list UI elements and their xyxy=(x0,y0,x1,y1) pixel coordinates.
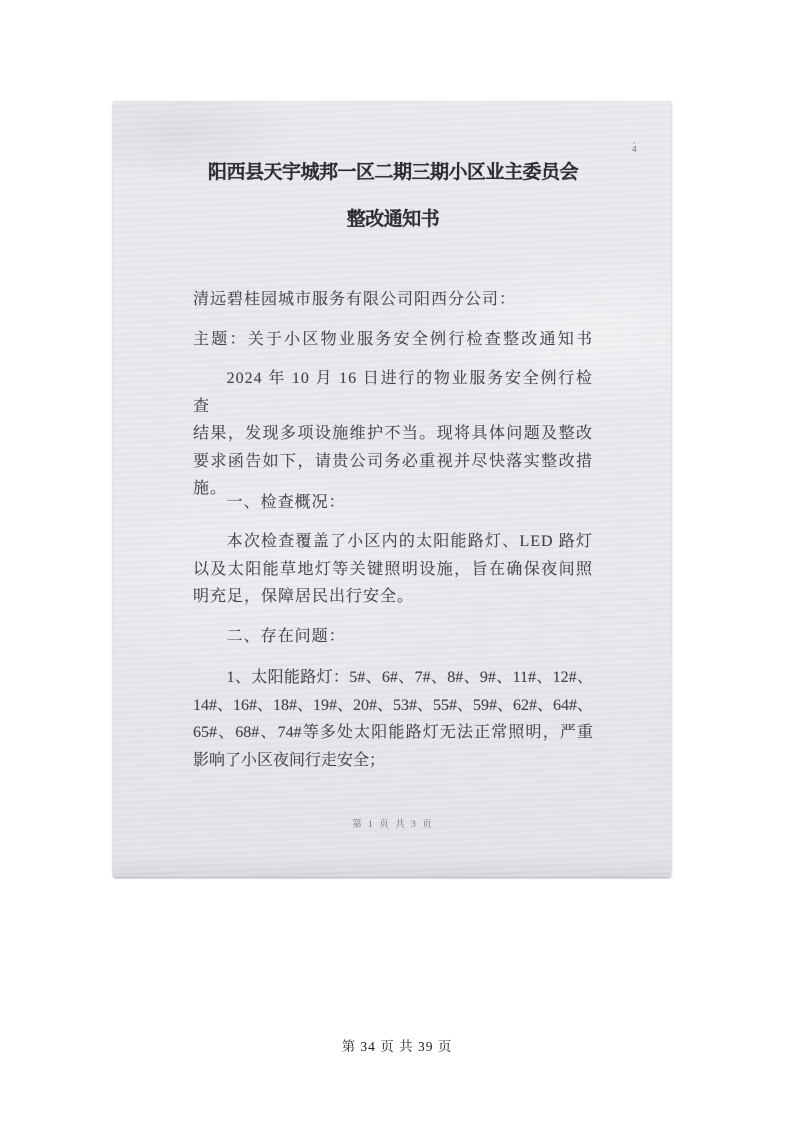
paragraph-overview: 本次检查覆盖了小区内的太阳能路灯、LED 路灯 以及太阳能草地灯等关键照明设施，… xyxy=(193,528,593,611)
scanned-document-page: · 4 阳西县天宇城邦一区二期三期小区业主委员会 整改通知书 清远碧桂园城市服务… xyxy=(113,102,671,877)
salutation-line: 清远碧桂园城市服务有限公司阳西分公司： xyxy=(193,286,593,314)
text-line: 1、太阳能路灯：5#、6#、7#、8#、9#、11#、12#、 xyxy=(193,664,593,692)
section-heading-1: 一、检查概况： xyxy=(193,489,593,517)
text-line: 2024 年 10 月 16 日进行的物业服务安全例行检查 xyxy=(193,365,593,420)
text-line: 以及太阳能草地灯等关键照明设施，旨在确保夜间照 xyxy=(193,556,593,584)
scan-content: · 4 阳西县天宇城邦一区二期三期小区业主委员会 整改通知书 清远碧桂园城市服务… xyxy=(113,102,671,877)
text-line: 要求函告如下，请贵公司务必重视并尽快落实整改措 xyxy=(193,448,593,476)
viewer-page-number: 第 34 页 共 39 页 xyxy=(0,1035,794,1055)
text-line: 结果，发现多项设施维护不当。现将具体问题及整改 xyxy=(193,420,593,448)
paragraph-issue-1: 1、太阳能路灯：5#、6#、7#、8#、9#、11#、12#、 14#、16#、… xyxy=(193,664,593,774)
document-title-line1: 阳西县天宇城邦一区二期三期小区业主委员会 xyxy=(193,159,593,187)
text-line: 影响了小区夜间行走安全； xyxy=(193,747,593,775)
document-title-line2: 整改通知书 xyxy=(193,206,593,234)
scan-page-number: 第 1 页 共 3 页 xyxy=(193,816,593,830)
pen-mark: · 4 xyxy=(632,140,637,152)
text-line: 本次检查覆盖了小区内的太阳能路灯、LED 路灯 xyxy=(193,528,593,556)
section-heading-2: 二、存在问题： xyxy=(193,623,593,651)
text-line: 14#、16#、18#、19#、20#、53#、55#、59#、62#、64#、 xyxy=(193,692,593,720)
text-line: 65#、68#、74#等多处太阳能路灯无法正常照明，严重 xyxy=(193,719,593,747)
paragraph-intro: 2024 年 10 月 16 日进行的物业服务安全例行检查 结果，发现多项设施维… xyxy=(193,365,593,503)
subject-line: 主题：关于小区物业服务安全例行检查整改通知书 xyxy=(193,326,593,354)
text-line: 明充足，保障居民出行安全。 xyxy=(193,583,593,611)
